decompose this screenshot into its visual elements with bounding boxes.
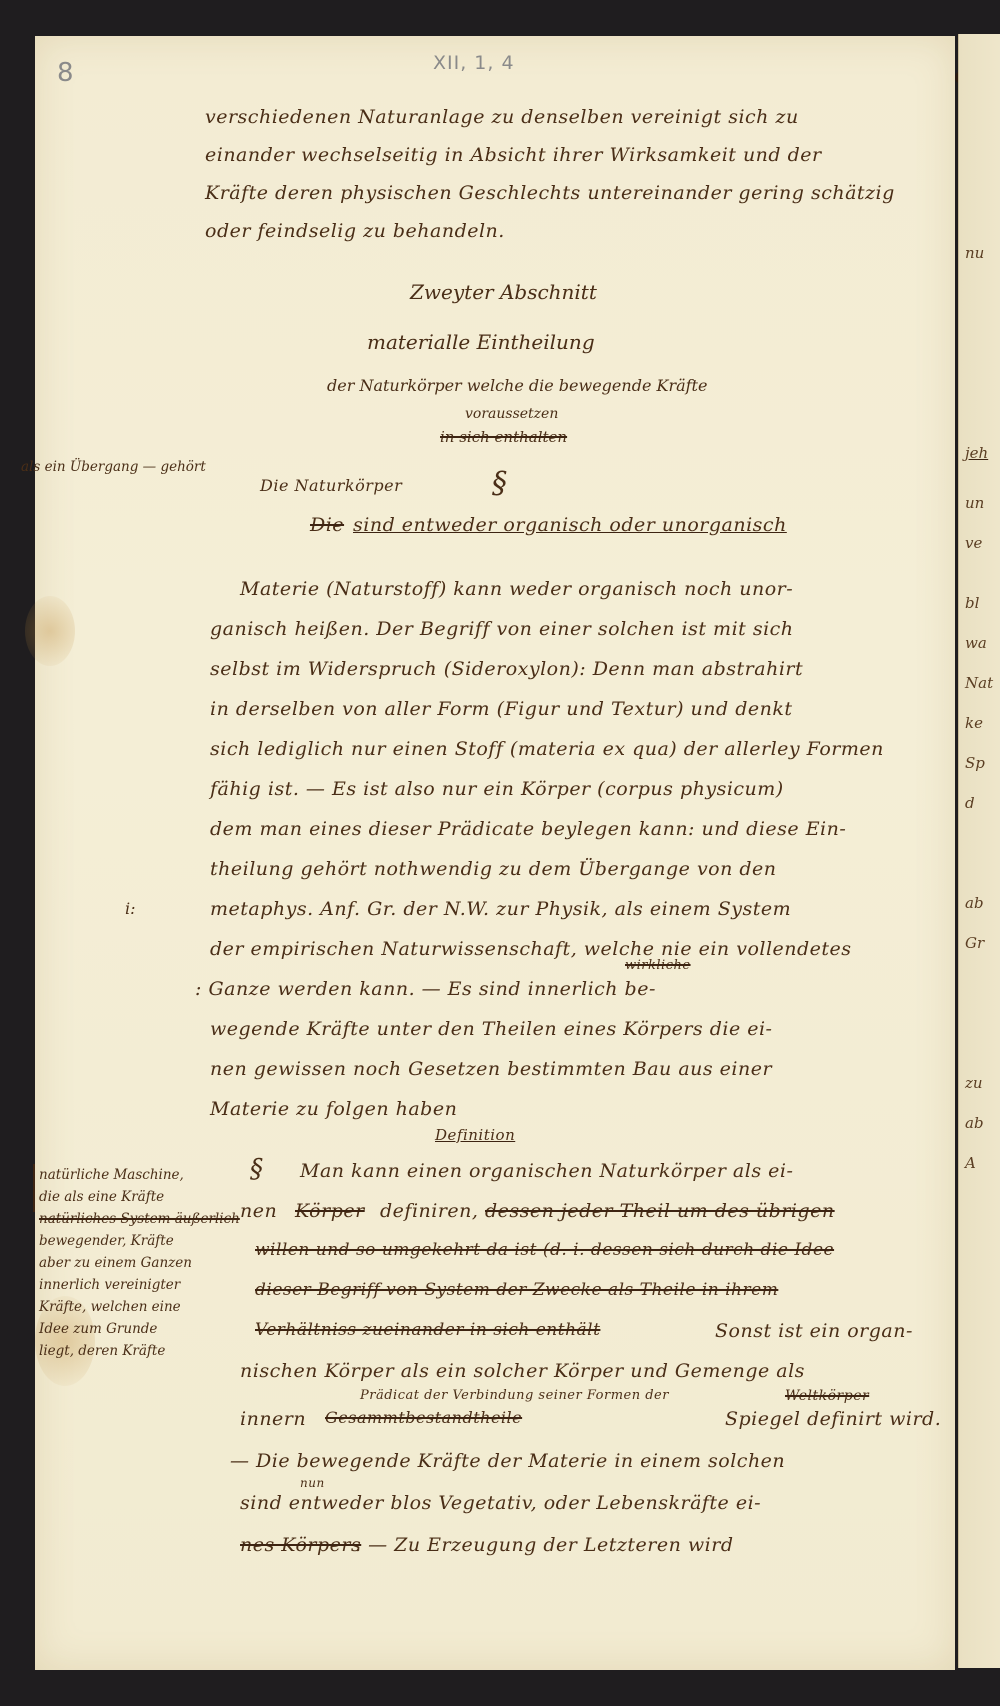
inserted-word: voraussetzen	[465, 406, 558, 422]
text-line: nischen Körper als ein solcher Körper un…	[240, 1360, 805, 1382]
fragment: Nat	[965, 674, 993, 692]
fragment: Sp	[965, 754, 985, 772]
paragraph-mark: §	[250, 1154, 264, 1184]
paragraph-mark: §	[492, 466, 507, 501]
margin-note-line: aber zu einem Ganzen	[39, 1252, 192, 1274]
fragment: ve	[965, 534, 982, 552]
text-line: dem man eines dieser Prädicate beylegen …	[210, 818, 846, 840]
struck-word: Gesammtbestandtheile	[325, 1408, 522, 1427]
stain	[25, 596, 75, 666]
struck-line: Verhältniss zueinander in sich enthält	[255, 1320, 600, 1340]
text-line: nen gewissen noch Gesetzen bestimmten Ba…	[210, 1058, 772, 1080]
manuscript-page: 8 XII, 1, 4 verschiedenen Naturanlage zu…	[35, 36, 955, 1670]
margin-note-line: liegt, deren Kräfte	[39, 1340, 165, 1362]
section-heading-desc: der Naturkörper welche die bewegende Krä…	[327, 376, 707, 395]
text-line: selbst im Widerspruch (Sideroxylon): Den…	[210, 658, 803, 680]
text-line: Kräfte deren physischen Geschlechts unte…	[205, 182, 895, 204]
struck-word: Die	[310, 514, 344, 536]
text-line: — Die bewegende Kräfte der Materie in ei…	[230, 1450, 785, 1472]
adjacent-page-edge: nu jeh un ve bl wa Nat ke Sp d ab Gr zu …	[958, 34, 1000, 1668]
fragment: d	[965, 794, 975, 812]
text-line: sind entweder blos Vegetativ, oder Leben…	[240, 1492, 761, 1514]
inserted-subject: Die Naturkörper	[260, 476, 402, 495]
text-line: . — Zu Erzeugung der Letzteren wird	[355, 1534, 733, 1556]
margin-note: als ein Übergang — gehört	[21, 456, 206, 478]
fragment: Gr	[965, 934, 984, 952]
section-heading-sub: materialle Eintheilung	[367, 330, 595, 354]
section-heading: Zweyter Abschnitt	[410, 280, 597, 304]
fragment: ke	[965, 714, 983, 732]
margin-note-line: die als eine Kräfte	[39, 1186, 164, 1208]
fragment: bl	[965, 594, 979, 612]
margin-note-line: innerlich vereinigter	[39, 1274, 180, 1296]
archive-signature: XII, 1, 4	[433, 52, 515, 74]
text-line: in derselben von aller Form (Figur und T…	[210, 698, 793, 720]
fragment: wa	[965, 634, 987, 652]
margin-mark: i:	[125, 898, 136, 920]
text-line: verschiedenen Naturanlage zu denselben v…	[205, 106, 799, 128]
subheading: sind entweder organisch oder unorganisch	[353, 514, 787, 536]
fragment: ab	[965, 894, 984, 912]
text-fragment: Spiegel definirt wird.	[725, 1408, 941, 1430]
margin-note-line: natürliches System äußerlich	[39, 1208, 240, 1230]
page-number: 8	[57, 58, 74, 88]
text-line: der empirischen Naturwissenschaft, welch…	[210, 938, 852, 960]
text-line: nen	[240, 1200, 277, 1222]
margin-note-line: Idee zum Grunde	[39, 1318, 157, 1340]
struck-line: willen und so umgekehrt da ist (d. i. de…	[255, 1240, 834, 1260]
margin-bar	[33, 1164, 35, 1212]
fragment: zu	[965, 1074, 983, 1092]
margin-note-line: natürliche Maschine,	[39, 1164, 184, 1186]
struck-phrase: dessen jeder Theil um des übrigen	[485, 1200, 835, 1222]
text-line: Materie (Naturstoff) kann weder organisc…	[240, 578, 793, 600]
text-line: innern	[240, 1408, 306, 1430]
text-line: ganisch heißen. Der Begriff von einer so…	[210, 618, 794, 640]
struck-word: wirkliche	[625, 958, 691, 973]
fragment: nu	[965, 244, 984, 262]
text-line: wegende Kräfte unter den Theilen eines K…	[210, 1018, 772, 1040]
margin-note-line: bewegender, Kräfte	[39, 1230, 174, 1252]
definition-label: Definition	[435, 1126, 515, 1144]
text-fragment: Sonst ist ein organ-	[715, 1320, 913, 1342]
text-line: Man kann einen organischen Naturkörper a…	[300, 1160, 793, 1182]
margin-note-line: Kräfte, welchen eine	[39, 1296, 181, 1318]
text-line: oder feindselig zu behandeln.	[205, 220, 505, 242]
struck-word: Körper	[295, 1200, 365, 1222]
fragment: ab	[965, 1114, 984, 1132]
text-line: sich lediglich nur einen Stoff (materia …	[210, 738, 884, 760]
text-line: Materie zu folgen haben	[210, 1098, 457, 1120]
fragment: jeh	[965, 444, 988, 462]
text-line: fähig ist. — Es ist also nur ein Körper …	[210, 778, 784, 800]
struck-word: nes Körpers	[240, 1534, 361, 1556]
inserted-phrase: Prädicat der Verbindung seiner Formen de…	[360, 1388, 669, 1403]
fragment: A	[965, 1154, 976, 1172]
text-line: einander wechselseitig in Absicht ihrer …	[205, 144, 822, 166]
struck-word: Weltkörper	[785, 1388, 869, 1404]
inserted-word: nun	[300, 1476, 325, 1490]
text-fragment: definiren,	[380, 1200, 478, 1222]
struck-line: dieser Begriff von System der Zwecke als…	[255, 1280, 778, 1300]
text-line: : Ganze werden kann. — Es sind innerlich…	[195, 978, 656, 1000]
text-line: theilung gehört nothwendig zu dem Überga…	[210, 858, 777, 880]
struck-phrase: in sich enthalten	[440, 428, 567, 446]
text-line: metaphys. Anf. Gr. der N.W. zur Physik, …	[210, 898, 791, 920]
fragment: un	[965, 494, 984, 512]
